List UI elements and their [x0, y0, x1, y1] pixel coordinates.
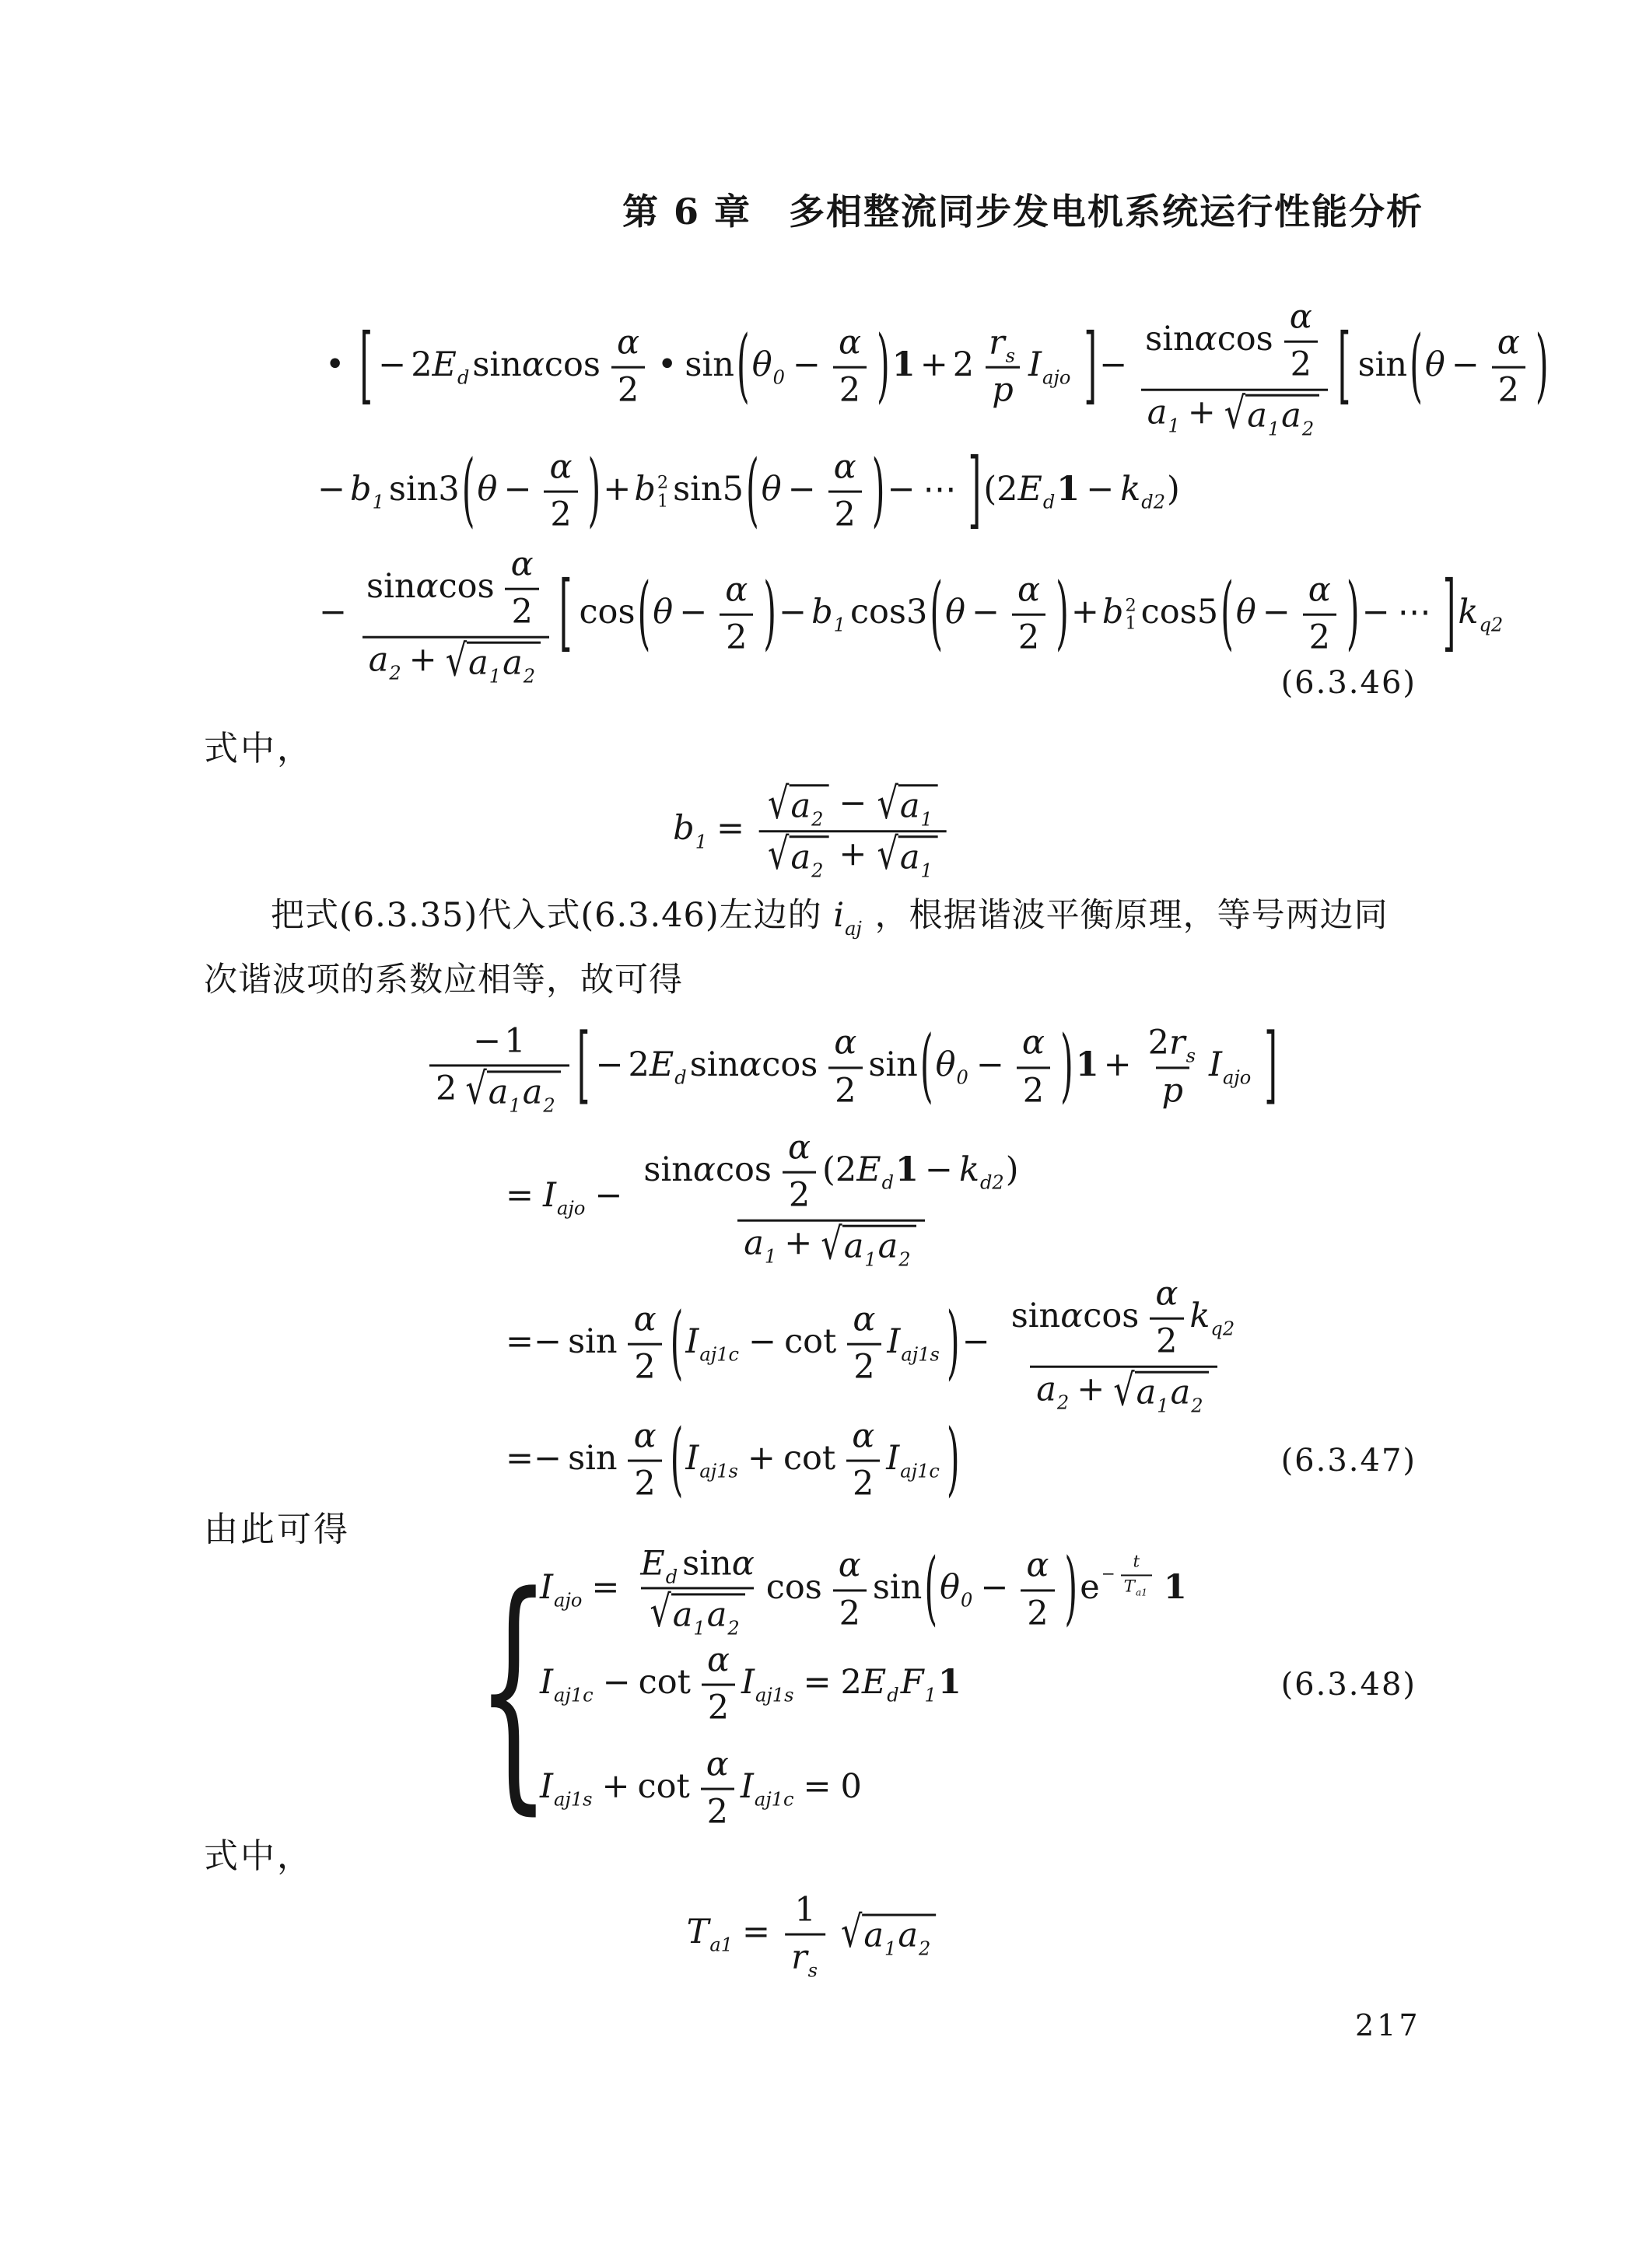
math-token: α: [522, 345, 545, 384]
math-token: 2: [1303, 614, 1336, 657]
math-token: aj1c: [755, 1789, 794, 1811]
math-token: α2: [828, 1024, 863, 1111]
math-token: 2: [847, 1343, 881, 1387]
math-token: a: [1136, 1374, 1157, 1412]
math-token: α2: [628, 1418, 663, 1504]
derivation-line-4: =−sinα2(Iaj1s+cotα2Iaj1c): [506, 1418, 962, 1504]
math-token: ): [1006, 1150, 1019, 1189]
math-token: −: [603, 1663, 631, 1702]
derivation-line-1: −12√a1a2[−2Edsinαcosα2sin(θ0−α2)1+2rspIa…: [424, 1022, 1280, 1111]
math-token: 2: [996, 470, 1017, 509]
math-token: d: [674, 1067, 686, 1089]
math-token: θ: [752, 345, 772, 384]
math-token: I: [543, 1176, 556, 1215]
math-token: a: [844, 1227, 864, 1266]
math-token: α: [839, 1546, 861, 1585]
math-token: ⋯: [923, 470, 957, 509]
math-token: α: [1491, 324, 1526, 366]
math-token: √a1: [877, 835, 937, 877]
math-token: 2: [846, 1460, 880, 1503]
math-token: sin: [472, 345, 522, 384]
math-token: a2+√a1a2: [1030, 1366, 1217, 1413]
math-token: 把式(6.3.35)代入式(6.3.46)左边的: [271, 896, 833, 935]
math-token: a1a2: [1135, 1371, 1209, 1412]
math-token: −1: [467, 1022, 531, 1064]
math-token: a1a2: [842, 1225, 916, 1266]
math-token: r: [1169, 1024, 1185, 1062]
math-token: 1: [794, 1891, 815, 1930]
math-token: 1: [765, 1245, 776, 1267]
math-token: 2: [811, 808, 823, 830]
math-token: α: [634, 1300, 657, 1339]
chapter-header: 第 6 章 多相整流同步发电机系统运行性能分析: [622, 184, 1424, 235]
math-token: rsp: [982, 324, 1023, 411]
paragraph-line-2: 次谐波项的系数应相等，故可得: [204, 959, 683, 1003]
math-token: 2√a1a2: [429, 1065, 569, 1112]
math-token: aj1c: [699, 1344, 739, 1366]
math-token: 2: [634, 1465, 655, 1503]
math-token: 2: [511, 593, 532, 632]
math-token: −: [473, 1021, 501, 1060]
math-token: √: [650, 1591, 671, 1635]
math-token: 2: [702, 1684, 735, 1727]
math-token: 次谐波项的系数应相等，故可得: [204, 961, 683, 999]
math-token: 2: [1017, 1066, 1050, 1110]
math-token: √: [877, 834, 898, 877]
math-token: 2: [726, 618, 747, 657]
derivation-line-2: =Iajo−sinαcosα2(2Ed1−kd2)a1+√a1a2: [506, 1129, 1031, 1267]
math-token: F: [901, 1663, 924, 1702]
math-token: a1a2: [671, 1593, 745, 1634]
formula-646-line3: −sinαcosα2a2+√a1a2[cos(θ−α2)−b1cos3(θ−α2…: [319, 546, 1504, 684]
math-token: 2: [1156, 1322, 1177, 1361]
math-token: (: [671, 1420, 684, 1500]
math-token: (: [983, 470, 996, 509]
math-token: 1: [1056, 470, 1080, 509]
formula-646-line2: −b1sin3(θ−α2)+b21sin5(θ−α2)−⋯](2Ed1−kd2): [317, 449, 1180, 535]
math-token: −: [925, 1150, 953, 1189]
math-token: 1: [693, 1617, 705, 1639]
math-token: p: [992, 371, 1014, 410]
math-token: 21: [1125, 597, 1136, 634]
math-token: α2: [701, 1642, 736, 1728]
math-token: −: [976, 1045, 1004, 1084]
math-token: a1+√a1a2: [737, 1220, 924, 1267]
math-token: cos5: [1141, 593, 1218, 632]
math-token: α: [628, 1301, 663, 1343]
math-token: k: [1458, 593, 1478, 632]
math-token: α2: [846, 1418, 881, 1504]
math-token: α: [700, 1746, 735, 1788]
math-token: α2: [1284, 299, 1319, 385]
math-token: b: [350, 470, 372, 509]
math-token: 2: [1284, 341, 1318, 384]
math-token: p: [1156, 1066, 1190, 1110]
math-token: s: [1186, 1045, 1196, 1066]
math-token: [: [1338, 325, 1351, 409]
math-token: 2: [833, 1589, 867, 1633]
math-token: α: [1284, 299, 1319, 341]
math-token: k: [959, 1150, 979, 1189]
math-token: 1: [938, 1663, 961, 1702]
math-token: 1: [921, 859, 933, 881]
math-token: Edsinα√a1a2: [634, 1545, 760, 1634]
math-token: a1a2: [1245, 394, 1319, 436]
math-token: 2: [701, 1788, 734, 1832]
math-token: 2: [1057, 1391, 1069, 1413]
math-token: =: [803, 1767, 831, 1806]
math-token: √a1: [877, 785, 937, 826]
paragraph-line-1: 把式(6.3.35)代入式(6.3.46)左边的 iaj ，根据谐波平衡原理，等…: [271, 894, 1389, 938]
math-token: (: [920, 1027, 933, 1107]
math-token: α2: [1302, 572, 1337, 658]
math-token: tTa1: [1121, 1552, 1152, 1596]
math-token: √a1a2: [1113, 1371, 1208, 1412]
math-token: α: [617, 324, 639, 362]
math-token: a1a2: [487, 1070, 561, 1111]
math-token: 1: [895, 1150, 919, 1189]
math-token: 1: [504, 1021, 525, 1060]
math-token: √: [446, 639, 467, 683]
math-token: −: [962, 1322, 990, 1361]
math-token: 2: [789, 1176, 810, 1215]
math-token: −: [319, 593, 347, 632]
math-token: α: [834, 448, 856, 487]
formula-646-line1: •[−2Edsinαcosα2•sin(θ0−α2)1+2rspIajo]−si…: [325, 299, 1551, 436]
math-token: sin3: [389, 470, 460, 509]
math-token: I: [540, 1767, 553, 1806]
math-token: 1: [489, 666, 501, 688]
math-token: I: [887, 1322, 900, 1361]
math-token: =: [591, 1568, 619, 1607]
math-token: sin: [568, 1322, 618, 1361]
math-token: 1: [1164, 1568, 1187, 1607]
math-token: cos: [1217, 320, 1273, 359]
math-token: +: [839, 835, 867, 873]
math-token: ): [1167, 470, 1180, 509]
math-token: 2: [828, 1066, 862, 1110]
where-label-1: 式中，: [204, 720, 313, 770]
math-token: −: [317, 470, 345, 509]
math-token: ): [1056, 574, 1069, 654]
math-token: sinαcosα2: [360, 546, 552, 636]
math-token: =: [803, 1663, 831, 1702]
math-token: 2: [898, 1249, 910, 1271]
math-token: I: [685, 1439, 699, 1478]
math-token: α2: [1491, 324, 1526, 411]
math-token: Edsinα: [634, 1545, 760, 1587]
math-token: α: [1060, 1297, 1083, 1335]
math-token: sinαcosα2kq2: [1005, 1276, 1242, 1366]
math-token: E: [640, 1544, 664, 1583]
math-token: α2: [1149, 1276, 1184, 1362]
math-token: α2: [846, 1301, 881, 1388]
math-token: cos: [545, 345, 601, 384]
math-token: cos3: [850, 593, 927, 632]
math-token: ): [588, 451, 601, 531]
math-token: 1: [1125, 615, 1136, 633]
math-token: sinαcosα2a1+√a1a2: [1139, 299, 1330, 436]
math-token: 0: [957, 1067, 968, 1089]
math-token: 1: [925, 1685, 937, 1706]
math-token: −: [1086, 470, 1114, 509]
math-token: 2: [835, 1071, 856, 1110]
math-token: √a2: [768, 835, 828, 877]
math-token: Ta1: [1121, 1574, 1152, 1597]
math-token: a2: [789, 785, 828, 826]
math-token: 2: [628, 1343, 661, 1387]
math-token: I: [540, 1663, 553, 1702]
math-token: q2: [1479, 614, 1503, 636]
math-token: 2: [1023, 1071, 1044, 1110]
math-token: +: [603, 470, 631, 509]
math-token: 2: [835, 1150, 856, 1189]
math-token: p: [1162, 1071, 1184, 1110]
math-token: 0: [961, 1590, 972, 1612]
math-token: sin: [1011, 1297, 1061, 1335]
math-token: √: [768, 834, 789, 877]
math-token: α: [846, 1418, 881, 1460]
math-token: ⋯: [1398, 593, 1431, 632]
math-token: 2: [727, 1617, 739, 1639]
math-token: (: [1221, 574, 1234, 654]
math-token: α: [1017, 571, 1040, 610]
math-token: α2: [719, 572, 754, 658]
math-token: 2: [1150, 1318, 1183, 1361]
math-token: b: [634, 470, 656, 509]
math-token: b: [1102, 593, 1124, 632]
math-token: I: [886, 1439, 899, 1478]
math-token: 2: [1027, 1594, 1048, 1633]
math-token: a: [369, 641, 389, 680]
system-eq-3: Iaj1s+cotα2Iaj1c=0: [540, 1746, 862, 1832]
math-token: θ: [478, 470, 498, 509]
math-token: −: [788, 470, 816, 509]
math-token: a: [900, 838, 920, 877]
math-token: a: [673, 1595, 693, 1634]
math-token: e: [1080, 1568, 1099, 1607]
math-token: a: [523, 1073, 543, 1111]
math-token: 0: [773, 367, 785, 389]
math-token: (: [930, 574, 943, 654]
math-token: a: [1247, 397, 1267, 436]
math-token: E: [650, 1045, 674, 1084]
math-token: √a1a2: [446, 642, 541, 683]
math-token: E: [862, 1663, 886, 1702]
math-token: a: [898, 1916, 918, 1955]
math-token: sin: [1358, 345, 1408, 384]
math-token: 2: [1148, 1024, 1169, 1062]
math-token: 1: [1076, 1045, 1099, 1084]
math-token: 1: [373, 492, 384, 513]
math-token: θ: [936, 1045, 956, 1084]
math-token: ): [1064, 1549, 1077, 1629]
math-token: =−: [506, 1322, 562, 1361]
math-token: 2: [550, 495, 571, 534]
system-eq-1: Iajo=Edsinα√a1a2cosα2sin(θ0−α2)e−tTa11: [540, 1545, 1187, 1634]
math-token: α: [852, 1417, 874, 1456]
math-token: T: [1124, 1577, 1135, 1596]
math-token: 2: [839, 1594, 860, 1633]
math-token: α: [732, 1544, 755, 1583]
math-token: 2: [628, 1460, 661, 1503]
math-token: I: [540, 1568, 553, 1607]
math-token: 2: [389, 662, 401, 684]
math-token: sin: [868, 1045, 918, 1084]
math-token: [: [359, 325, 373, 409]
math-token: k: [1120, 470, 1140, 509]
math-token: α: [839, 324, 861, 362]
math-token: aj: [845, 918, 862, 940]
math-token: √: [877, 782, 898, 826]
math-token: a: [707, 1595, 727, 1634]
math-token: α: [1155, 1275, 1178, 1314]
thus-label: 由此可得: [204, 1501, 350, 1551]
math-token: α: [1149, 1276, 1184, 1318]
math-token: α2: [1016, 1024, 1051, 1111]
math-token: 2: [720, 614, 753, 657]
math-token: +: [748, 1439, 776, 1478]
math-token: 2: [1125, 597, 1136, 615]
math-token: a: [1147, 394, 1168, 432]
math-token: ]: [1443, 572, 1456, 656]
math-token: sin: [366, 567, 416, 606]
math-token: α: [1195, 320, 1217, 359]
math-token: +: [409, 641, 437, 680]
math-token: √: [841, 1912, 862, 1955]
math-token: E: [856, 1150, 881, 1189]
math-token: 1: [892, 345, 916, 384]
math-token: cos: [1083, 1297, 1139, 1335]
math-token: θ: [762, 470, 782, 509]
formula-ta1: Ta1=1rs√a1a2: [687, 1892, 939, 1978]
math-token: ): [877, 327, 890, 407]
math-token: t: [1129, 1552, 1143, 1574]
math-token: +: [784, 1224, 812, 1263]
math-token: +: [602, 1767, 630, 1806]
math-token: d: [457, 367, 469, 389]
math-token: ajo: [1223, 1067, 1251, 1089]
math-token: −: [1263, 593, 1291, 632]
math-token: θ: [1236, 593, 1256, 632]
math-token: √a2: [768, 785, 828, 826]
math-token: r: [791, 1938, 807, 1977]
math-token: 2: [618, 371, 639, 410]
math-token: 2: [707, 1793, 728, 1832]
math-token: k: [1189, 1297, 1210, 1335]
math-token: θ: [653, 593, 673, 632]
math-token: α: [1022, 1024, 1045, 1062]
math-token: =: [742, 1913, 770, 1951]
math-token: −: [972, 593, 1000, 632]
math-token: a: [1281, 397, 1301, 436]
math-token: −12√a1a2: [429, 1022, 569, 1111]
math-token: α: [416, 567, 439, 606]
math-token: ): [872, 451, 885, 531]
equation-number-646: (6.3.46): [1281, 665, 1417, 701]
math-token: 1: [1268, 418, 1280, 440]
math-token: α2: [543, 449, 578, 535]
math-token: α2: [628, 1301, 663, 1388]
math-token: =−: [506, 1439, 562, 1478]
math-token: +: [1104, 1045, 1132, 1084]
math-token: cot: [784, 1322, 836, 1361]
math-token: 1: [1168, 415, 1179, 436]
math-token: 2: [1012, 614, 1045, 657]
math-token: d: [1043, 492, 1055, 513]
math-token: aj1s: [755, 1685, 794, 1706]
math-token: 2: [629, 1045, 650, 1084]
math-token: a2+√a1a2: [362, 636, 549, 684]
math-token: [: [577, 1025, 590, 1109]
math-token: −: [1101, 1565, 1115, 1584]
math-token: θ: [1425, 345, 1445, 384]
math-token: 2: [543, 1094, 555, 1116]
math-token: cot: [639, 1663, 691, 1702]
math-token: •: [657, 345, 677, 384]
math-token: d2: [980, 1172, 1004, 1194]
math-token: α: [634, 1417, 657, 1456]
math-token: 2: [544, 491, 577, 534]
math-token: 2: [524, 666, 535, 688]
math-token: ): [947, 1420, 960, 1500]
math-token: a: [790, 787, 811, 826]
math-token: 1: [788, 1892, 821, 1934]
math-token: sinαcosα2(2Ed1−kd2): [637, 1129, 1024, 1220]
math-token: 2: [1498, 371, 1519, 410]
math-token: θ: [940, 1568, 960, 1607]
math-token: sin: [682, 1544, 732, 1583]
math-token: 2: [436, 1069, 457, 1108]
math-token: 2: [657, 474, 668, 492]
math-token: •: [325, 345, 345, 384]
math-token: θ: [945, 593, 965, 632]
math-token: 1: [864, 1249, 876, 1271]
math-token: −: [595, 1045, 623, 1084]
math-token: aj1s: [554, 1789, 593, 1811]
math-token: 2: [828, 491, 862, 534]
math-token: (: [638, 574, 651, 654]
math-token: √a2+√a1: [759, 830, 947, 877]
math-token: α2: [1011, 572, 1046, 658]
math-token: (: [746, 451, 759, 531]
math-token: α: [549, 448, 572, 487]
math-token: rs: [785, 1934, 825, 1977]
math-token: ]: [968, 450, 982, 534]
math-token: 2: [839, 371, 860, 410]
math-token: a1: [898, 835, 938, 877]
math-token: α2: [505, 546, 540, 632]
equation-number-647: (6.3.47): [1281, 1443, 1417, 1479]
math-token: α: [1020, 1547, 1055, 1589]
math-token: =: [716, 809, 744, 848]
math-token: I: [1209, 1045, 1222, 1084]
math-token: s: [1006, 345, 1015, 366]
math-token: a: [790, 838, 811, 877]
math-token: α: [707, 1641, 730, 1680]
math-token: √: [821, 1223, 842, 1266]
math-token: α: [505, 546, 540, 588]
math-token: sinαcosα2: [1139, 299, 1330, 389]
math-token: a: [863, 1916, 884, 1955]
math-token: 0: [841, 1767, 862, 1806]
math-token: p: [986, 366, 1020, 410]
math-token: α: [611, 324, 646, 366]
math-token: 2rs: [1142, 1024, 1203, 1066]
math-token: a1a2: [467, 642, 541, 683]
math-token: α: [832, 324, 867, 366]
math-token: a: [878, 1227, 898, 1266]
